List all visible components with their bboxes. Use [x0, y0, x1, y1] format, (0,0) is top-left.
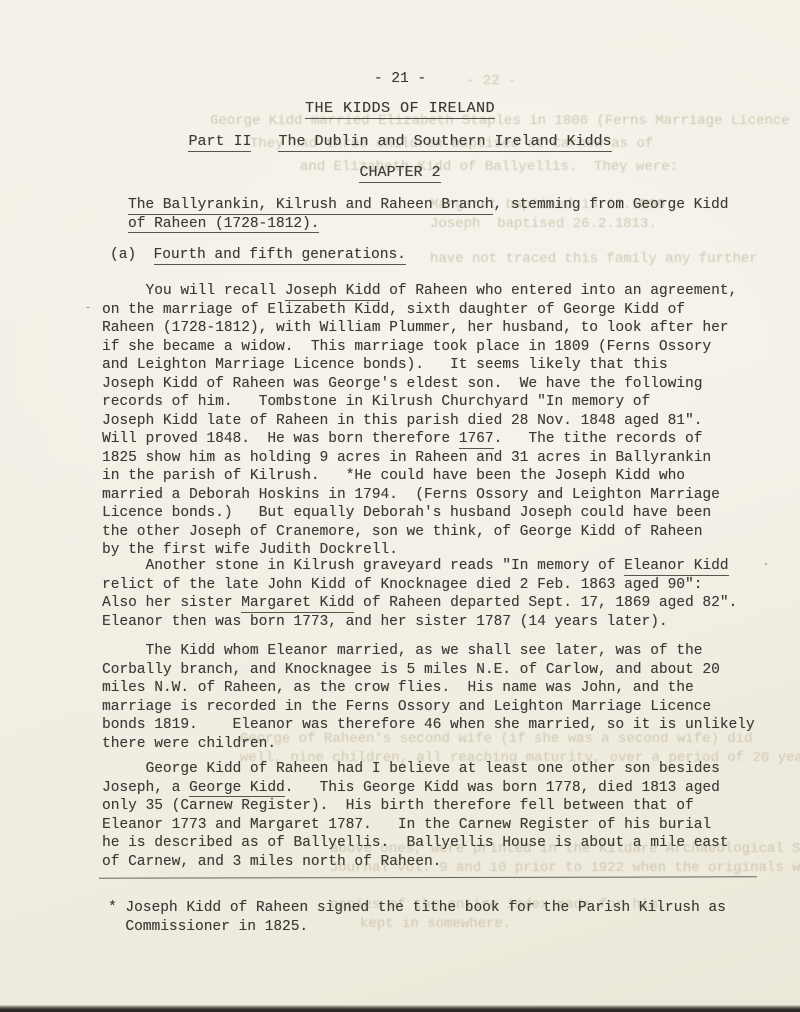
stray-mark: - [84, 300, 92, 315]
text-line: * Joseph Kidd of Raheen signed the tithe… [108, 899, 726, 918]
text-line: Eleanor then was born 1773, and her sist… [102, 613, 737, 632]
underlined-text: 1767 [459, 431, 494, 449]
text-segment: by the first wife Judith Dockrell. [102, 542, 398, 558]
text-line: he is described as of Ballyellis. Ballye… [102, 834, 729, 853]
text-line: if she became a widow. This marriage too… [102, 338, 737, 357]
text-line: Licence bonds.) But equally Deborah's hu… [102, 504, 737, 523]
paragraph-george-kidd-raheen: George Kidd of Raheen had I believe at l… [102, 760, 729, 871]
bleedthrough-fragment: have not traced this family any further [430, 250, 758, 268]
text-segment: only 35 (Carnew Register). His birth the… [102, 798, 694, 814]
text-segment: the other Joseph of Cranemore, son we th… [102, 524, 702, 540]
text-segment: Will proved 1848. He was born therefore [102, 431, 459, 447]
text-segment: of Carnew, and 3 miles north of Raheen. [102, 854, 441, 870]
text-segment: Eleanor 1773 and Margaret 1787. In the C… [102, 817, 711, 833]
chapter-heading: CHAPTER 2 [0, 164, 800, 181]
text-segment: 1825 show him as holding 9 acres in Rahe… [102, 450, 711, 466]
scanned-document-page: - 22 -George Kidd married Elizabeth Stap… [0, 0, 800, 1012]
text-segment: he is described as of Ballyellis. Ballye… [102, 835, 729, 851]
underlined-text: Joseph Kidd [285, 283, 381, 301]
text-line: married a Deborah Hoskins in 1794. (Fern… [102, 486, 737, 505]
text-line: Joseph, a George Kidd. This George Kidd … [102, 779, 729, 798]
page-number: - 21 - [0, 71, 800, 87]
text-line: miles N.W. of Raheen, as the crow flies.… [102, 679, 755, 698]
text-segment: Licence bonds.) But equally Deborah's hu… [102, 505, 711, 521]
text-segment: Joseph, a [102, 780, 189, 796]
branch-heading: The Ballyrankin, Kilrush and Raheen Bran… [128, 196, 728, 233]
text-segment: married a Deborah Hoskins in 1794. (Fern… [102, 487, 720, 503]
text-line: (a) Fourth and fifth generations. [110, 246, 406, 265]
text-line: Will proved 1848. He was born therefore … [102, 430, 737, 449]
scan-bottom-edge [0, 1005, 800, 1012]
text-line: Raheen (1728-1812), with William Plummer… [102, 319, 737, 338]
text-line: Also her sister Margaret Kidd of Raheen … [102, 594, 737, 613]
text-segment: records of him. Tombstone in Kilrush Chu… [102, 394, 650, 410]
text-line: bonds 1819. Eleanor was therefore 46 whe… [102, 716, 755, 735]
text-segment: Commissioner in 1825. [108, 919, 308, 935]
stray-mark: . [762, 554, 770, 569]
text-segment: of Raheen departed Sept. 17, 1869 aged 8… [354, 595, 737, 611]
text-segment: , stemming from George Kidd [493, 197, 728, 213]
part-heading: Part II The Dublin and Southern Ireland … [0, 133, 800, 152]
text-line: Part II The Dublin and Southern Ireland … [0, 133, 800, 152]
underlined-text: of Raheen (1728-1812). [128, 216, 319, 234]
text-segment: and Leighton Marriage Licence bonds). It… [102, 357, 668, 373]
text-line: Joseph Kidd of Raheen was George's eldes… [102, 375, 737, 394]
document-title-text: THE KIDDS OF IRELAND [305, 100, 495, 119]
text-segment: The Kidd whom Eleanor married, as we sha… [102, 643, 702, 659]
text-line: Joseph Kidd late of Raheen in this paris… [102, 412, 737, 431]
text-line: 1825 show him as holding 9 acres in Rahe… [102, 449, 737, 468]
document-title: THE KIDDS OF IRELAND [0, 100, 800, 117]
text-segment: Raheen (1728-1812), with William Plummer… [102, 320, 729, 336]
text-segment: (a) [110, 247, 154, 263]
text-line: George Kidd of Raheen had I believe at l… [102, 760, 729, 779]
underlined-text: The Ballyrankin, Kilrush and Raheen Bran… [128, 197, 493, 215]
text-line: The Ballyrankin, Kilrush and Raheen Bran… [128, 196, 728, 215]
text-line: Eleanor 1773 and Margaret 1787. In the C… [102, 816, 729, 835]
text-segment: in the parish of Kilrush. *He could have… [102, 468, 685, 484]
underlined-text: Margaret Kidd [241, 595, 354, 613]
text-line: marriage is recorded in the Ferns Ossory… [102, 698, 755, 717]
text-line: the other Joseph of Cranemore, son we th… [102, 523, 737, 542]
paragraph-kidd-eleanor-married: The Kidd whom Eleanor married, as we sha… [102, 642, 755, 753]
text-line: in the parish of Kilrush. *He could have… [102, 467, 737, 486]
text-line: Commissioner in 1825. [108, 918, 726, 937]
text-segment: George Kidd of Raheen had I believe at l… [102, 761, 720, 777]
text-segment: on the marriage of Elizabeth Kidd, sixth… [102, 302, 685, 318]
text-line: You will recall Joseph Kidd of Raheen wh… [102, 282, 737, 301]
underlined-text: Fourth and fifth generations. [154, 247, 406, 265]
text-segment: Corbally branch, and Knocknagee is 5 mil… [102, 662, 720, 678]
paragraph-another-stone: Another stone in Kilrush graveyard reads… [102, 557, 737, 631]
text-segment: Also her sister [102, 595, 241, 611]
text-segment: marriage is recorded in the Ferns Ossory… [102, 699, 711, 715]
text-line: relict of the late John Kidd of Knocknag… [102, 576, 737, 595]
text-segment: if she became a widow. This marriage too… [102, 339, 711, 355]
text-segment [251, 133, 278, 150]
footnote-separator [99, 876, 757, 878]
text-line: of Raheen (1728-1812). [128, 215, 728, 234]
text-segment: You will recall [102, 283, 285, 299]
text-segment: Joseph Kidd late of Raheen in this paris… [102, 413, 702, 429]
text-line: only 35 (Carnew Register). His birth the… [102, 797, 729, 816]
text-line: records of him. Tombstone in Kilrush Chu… [102, 393, 737, 412]
text-segment: Eleanor then was born 1773, and her sist… [102, 614, 668, 630]
underlined-text: George Kidd [189, 780, 285, 798]
text-segment: . This George Kidd was born 1778, died 1… [285, 780, 720, 796]
paragraph-fourth-fifth-generations: You will recall Joseph Kidd of Raheen wh… [102, 282, 737, 560]
text-segment: of Raheen who entered into an agreement, [380, 283, 737, 299]
text-segment: there were children. [102, 736, 276, 752]
text-line: and Leighton Marriage Licence bonds). It… [102, 356, 737, 375]
chapter-heading-text: CHAPTER 2 [359, 164, 440, 183]
text-line: there were children. [102, 735, 755, 754]
text-line: Another stone in Kilrush graveyard reads… [102, 557, 737, 576]
text-segment: relict of the late John Kidd of Knocknag… [102, 577, 702, 593]
underlined-text: Part II [188, 133, 251, 152]
text-segment: . The tithe records of [494, 431, 703, 447]
text-line: on the marriage of Elizabeth Kidd, sixth… [102, 301, 737, 320]
underlined-text: The Dublin and Southern Ireland Kidds [278, 133, 611, 152]
text-line: Corbally branch, and Knocknagee is 5 mil… [102, 661, 755, 680]
section-heading: (a) Fourth and fifth generations. [110, 246, 406, 265]
text-segment: miles N.W. of Raheen, as the crow flies.… [102, 680, 694, 696]
text-line: The Kidd whom Eleanor married, as we sha… [102, 642, 755, 661]
underlined-text: Eleanor Kidd [624, 558, 728, 576]
text-segment: * Joseph Kidd of Raheen signed the tithe… [108, 900, 726, 916]
text-line: of Carnew, and 3 miles north of Raheen. [102, 853, 729, 872]
footnote: * Joseph Kidd of Raheen signed the tithe… [108, 899, 726, 936]
text-segment: Joseph Kidd of Raheen was George's eldes… [102, 376, 702, 392]
text-segment: bonds 1819. Eleanor was therefore 46 whe… [102, 717, 755, 733]
text-segment: Another stone in Kilrush graveyard reads… [102, 558, 624, 574]
